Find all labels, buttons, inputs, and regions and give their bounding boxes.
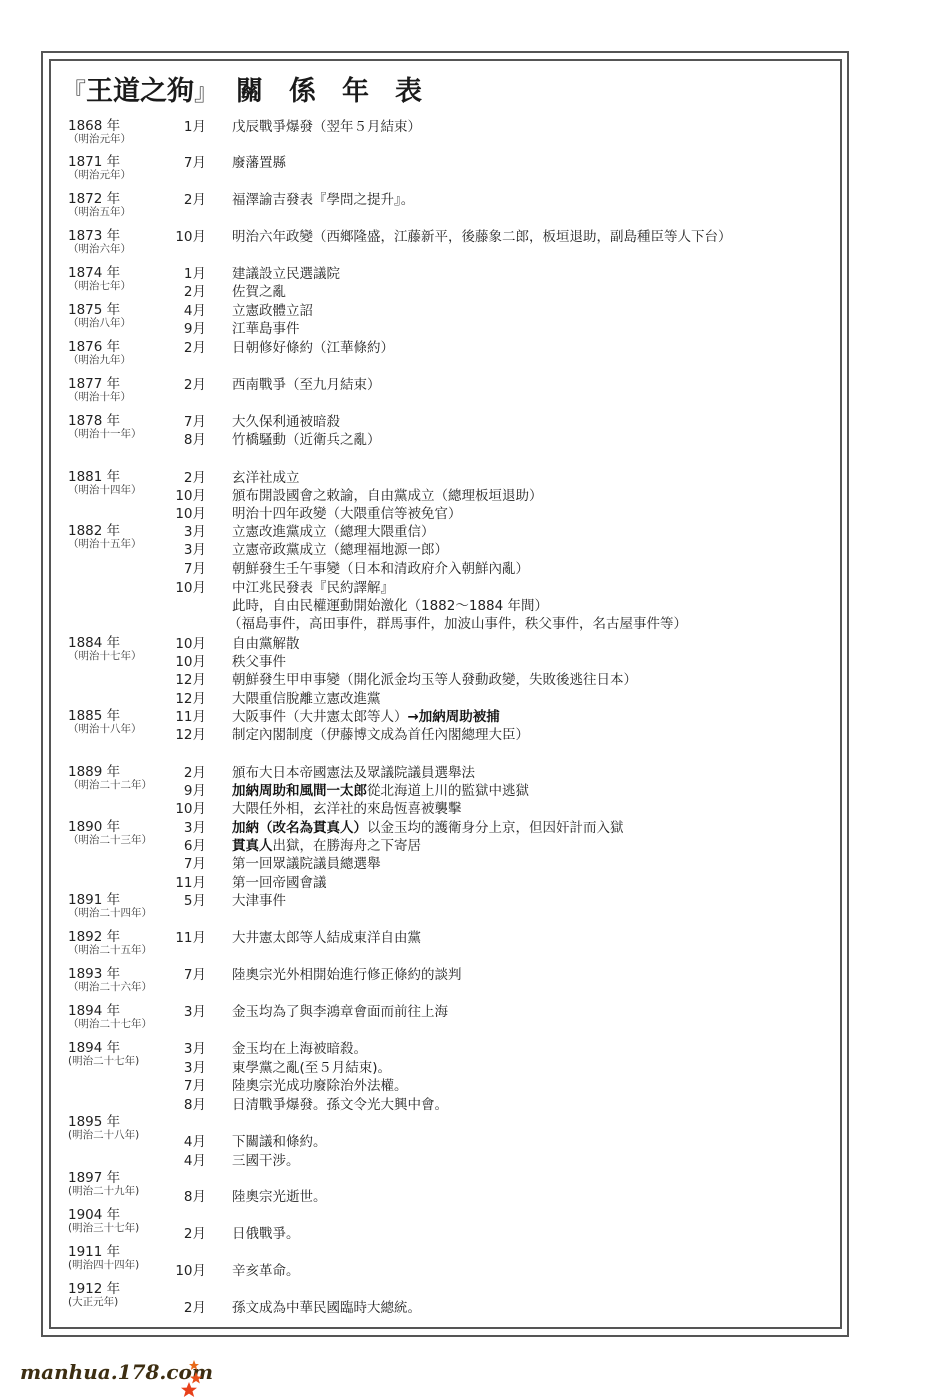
event-month: 7月 xyxy=(146,561,206,577)
event-month: 12月 xyxy=(146,672,206,688)
event-text: 出獄，在勝海舟之下寄居 xyxy=(273,838,422,854)
event-text: 大隈任外相，玄洋社的來島恆喜被襲擊 xyxy=(232,801,462,817)
event-text: 大久保利通被暗殺 xyxy=(232,414,340,430)
year-label: 1894 年 xyxy=(68,1041,120,1056)
year-label: 1873 年 xyxy=(68,229,120,244)
event-month: 10月 xyxy=(146,654,206,670)
year-label: 1911 年 xyxy=(68,1245,120,1260)
event-text: 日清戰爭爆發。孫文令光大興中會。 xyxy=(232,1097,448,1113)
event-description: 玄洋社成立 xyxy=(232,470,300,486)
event-description: 加納周助和風間一太郎從北海道上川的監獄中逃獄 xyxy=(232,783,529,799)
event-text: 大阪事件（大井憲太郎等人） xyxy=(232,709,408,725)
event-description: 秩父事件 xyxy=(232,654,286,670)
title-work-name: 王道之狗 xyxy=(86,76,194,107)
event-description: 戊辰戰爭爆發（翌年５月結束） xyxy=(232,119,421,135)
year-label: 1871 年 xyxy=(68,155,120,170)
era-label: （明治元年） xyxy=(68,169,131,181)
event-description: 大隈重信脫離立憲改進黨 xyxy=(232,691,381,707)
event-description: 廢藩置縣 xyxy=(232,155,286,171)
event-text: 自由黨解散 xyxy=(232,636,300,652)
event-description: 建議設立民選議院 xyxy=(232,266,340,282)
event-description: 大阪事件（大井憲太郎等人）→加納周助被捕 xyxy=(232,709,500,725)
event-month: 5月 xyxy=(146,893,206,909)
event-description: 大久保利通被暗殺 xyxy=(232,414,340,430)
event-text: 第一回帝國會議 xyxy=(232,875,327,891)
event-description: 立憲帝政黨成立（總理福地源一郎） xyxy=(232,542,448,558)
era-label: （明治十八年） xyxy=(68,723,142,735)
era-label: （明治五年） xyxy=(68,206,131,218)
event-text: 東學黨之亂(至５月結束)。 xyxy=(232,1060,391,1076)
event-text: 三國干涉。 xyxy=(232,1153,300,1169)
event-description: 日清戰爭爆發。孫文令光大興中會。 xyxy=(232,1097,448,1113)
year-label: 1912 年 xyxy=(68,1282,120,1297)
event-text: 陸奧宗光外相開始進行修正條約的談判 xyxy=(232,967,462,983)
event-text: 頒布大日本帝國憲法及眾議院議員選舉法 xyxy=(232,765,475,781)
event-description: 第一回眾議院議員總選舉 xyxy=(232,856,381,872)
event-month: 1月 xyxy=(146,266,206,282)
year-label: 1877 年 xyxy=(68,377,120,392)
event-month: 7月 xyxy=(146,414,206,430)
event-description: 明治十四年政變（大隈重信等被免官） xyxy=(232,506,462,522)
event-month: 10月 xyxy=(146,580,206,596)
year-label: 1875 年 xyxy=(68,303,120,318)
year-label: 1897 年 xyxy=(68,1171,120,1186)
event-month: 2月 xyxy=(146,765,206,781)
event-highlight: 加納周助和風間一太郎 xyxy=(232,783,367,799)
event-month: 3月 xyxy=(146,524,206,540)
event-text: 制定內閣制度（伊藤博文成為首任內閣總理大臣） xyxy=(232,727,529,743)
event-month: 7月 xyxy=(146,1078,206,1094)
event-month: 4月 xyxy=(146,303,206,319)
event-description: 立憲政體立詔 xyxy=(232,303,313,319)
event-description: 制定內閣制度（伊藤博文成為首任內閣總理大臣） xyxy=(232,727,529,743)
event-text: 明治六年政變（西鄉隆盛，江藤新平，後藤象二郎，板垣退助，副島種臣等人下台） xyxy=(232,229,732,245)
era-label: （明治七年） xyxy=(68,280,131,292)
event-text: 陸奧宗光成功廢除治外法權。 xyxy=(232,1078,408,1094)
event-month: 9月 xyxy=(146,783,206,799)
event-month: 3月 xyxy=(146,1041,206,1057)
event-month: 1月 xyxy=(146,119,206,135)
era-label: （明治二十四年） xyxy=(68,907,152,919)
year-label: 1884 年 xyxy=(68,636,120,651)
title-quote-open: 『 xyxy=(62,78,86,106)
year-label: 1895 年 xyxy=(68,1115,120,1130)
event-description: 大津事件 xyxy=(232,893,286,909)
event-month: 2月 xyxy=(146,1226,206,1242)
event-month: 6月 xyxy=(146,838,206,854)
event-description: 陸奧宗光成功廢除治外法權。 xyxy=(232,1078,408,1094)
event-description: 貫真人出獄，在勝海舟之下寄居 xyxy=(232,838,421,854)
event-text: 辛亥革命。 xyxy=(232,1263,300,1279)
year-label: 1892 年 xyxy=(68,930,120,945)
event-highlight: 加納（改名為貫真人） xyxy=(232,820,367,836)
event-text: 大井憲太郎等人結成東洋自由黨 xyxy=(232,930,421,946)
event-text: 頒布開設國會之敕諭，自由黨成立（總理板垣退助） xyxy=(232,488,543,504)
event-month: 10月 xyxy=(146,506,206,522)
event-description: 陸奧宗光逝世。 xyxy=(232,1189,327,1205)
event-text: 朝鮮發生壬午事變（日本和清政府介入朝鮮內亂） xyxy=(232,561,529,577)
event-month: 10月 xyxy=(146,801,206,817)
event-month: 4月 xyxy=(146,1134,206,1150)
year-label: 1893 年 xyxy=(68,967,120,982)
event-month: 10月 xyxy=(146,229,206,245)
event-month: 11月 xyxy=(146,875,206,891)
event-description: 中江兆民發表『民約譯解』 xyxy=(232,580,394,596)
event-description: 明治六年政變（西鄉隆盛，江藤新平，後藤象二郎，板垣退助，副島種臣等人下台） xyxy=(232,229,732,245)
event-text: 立憲改進黨成立（總理大隈重信） xyxy=(232,524,435,540)
era-label: (大正元年) xyxy=(68,1296,118,1308)
event-text: 此時，自由民權運動開始激化（1882～1884 年間） xyxy=(232,598,548,614)
year-label: 1882 年 xyxy=(68,524,120,539)
event-month: 2月 xyxy=(146,377,206,393)
event-text: 西南戰爭（至九月結束） xyxy=(232,377,381,393)
title-quote-close: 』 xyxy=(194,78,218,106)
era-label: (明治二十八年) xyxy=(68,1129,139,1141)
event-month: 11月 xyxy=(146,930,206,946)
era-label: （明治十五年） xyxy=(68,538,142,550)
event-text: 從北海道上川的監獄中逃獄 xyxy=(367,783,529,799)
event-description: 金玉均在上海被暗殺。 xyxy=(232,1041,367,1057)
title-subtitle: 關係年表 xyxy=(236,76,448,107)
event-month: 3月 xyxy=(146,1004,206,1020)
event-description: 日朝修好條約（江華條約） xyxy=(232,340,394,356)
event-text: 建議設立民選議院 xyxy=(232,266,340,282)
event-month: 10月 xyxy=(146,488,206,504)
event-description: 金玉均為了與李鴻章會面而前往上海 xyxy=(232,1004,448,1020)
year-label: 1876 年 xyxy=(68,340,120,355)
event-description: 立憲改進黨成立（總理大隈重信） xyxy=(232,524,435,540)
year-label: 1890 年 xyxy=(68,820,120,835)
event-month: 2月 xyxy=(146,470,206,486)
event-month: 8月 xyxy=(146,432,206,448)
event-month: 2月 xyxy=(146,192,206,208)
era-label: (明治四十四年) xyxy=(68,1259,139,1271)
event-text: 福澤諭吉發表『學問之提升』。 xyxy=(232,192,414,208)
era-label: （明治二十六年） xyxy=(68,981,152,993)
event-description: 陸奧宗光外相開始進行修正條約的談判 xyxy=(232,967,462,983)
event-description: 朝鮮發生壬午事變（日本和清政府介入朝鮮內亂） xyxy=(232,561,529,577)
event-text: 戊辰戰爭爆發（翌年５月結束） xyxy=(232,119,421,135)
year-label: 1889 年 xyxy=(68,765,120,780)
era-label: （明治八年） xyxy=(68,317,131,329)
event-month: 10月 xyxy=(146,636,206,652)
event-text: 玄洋社成立 xyxy=(232,470,300,486)
page-title: 『王道之狗』關係年表 xyxy=(62,74,448,110)
event-month: 12月 xyxy=(146,691,206,707)
event-text: 江華島事件 xyxy=(232,321,300,337)
event-description: 辛亥革命。 xyxy=(232,1263,300,1279)
event-month: 7月 xyxy=(146,856,206,872)
event-text: 日俄戰爭。 xyxy=(232,1226,300,1242)
era-label: （明治十七年） xyxy=(68,650,142,662)
event-text: 竹橋騷動（近衛兵之亂） xyxy=(232,432,381,448)
event-description: 大井憲太郎等人結成東洋自由黨 xyxy=(232,930,421,946)
event-month: 11月 xyxy=(146,709,206,725)
event-description: 福澤諭吉發表『學問之提升』。 xyxy=(232,192,414,208)
year-label: 1868 年 xyxy=(68,119,120,134)
era-label: （明治二十二年） xyxy=(68,779,152,791)
event-text: 下關議和條約。 xyxy=(232,1134,327,1150)
year-label: 1904 年 xyxy=(68,1208,120,1223)
event-description: 江華島事件 xyxy=(232,321,300,337)
event-description: 朝鮮發生甲申事變（開化派金均玉等人發動政變，失敗後逃往日本） xyxy=(232,672,637,688)
era-label: (明治三十七年) xyxy=(68,1222,139,1234)
event-description: 第一回帝國會議 xyxy=(232,875,327,891)
year-label: 1885 年 xyxy=(68,709,120,724)
year-label: 1891 年 xyxy=(68,893,120,908)
event-description: 頒布開設國會之敕諭，自由黨成立（總理板垣退助） xyxy=(232,488,543,504)
event-description: 西南戰爭（至九月結束） xyxy=(232,377,381,393)
event-description: 下關議和條約。 xyxy=(232,1134,327,1150)
event-text: 朝鮮發生甲申事變（開化派金均玉等人發動政變，失敗後逃往日本） xyxy=(232,672,637,688)
event-text: 大隈重信脫離立憲改進黨 xyxy=(232,691,381,707)
event-description: 竹橋騷動（近衛兵之亂） xyxy=(232,432,381,448)
year-label: 1872 年 xyxy=(68,192,120,207)
event-text: 金玉均為了與李鴻章會面而前往上海 xyxy=(232,1004,448,1020)
era-label: （明治二十五年） xyxy=(68,944,152,956)
event-highlight: 貫真人 xyxy=(232,838,273,854)
event-text: 中江兆民發表『民約譯解』 xyxy=(232,580,394,596)
era-label: （明治二十三年） xyxy=(68,834,152,846)
era-label: （明治十四年） xyxy=(68,484,142,496)
event-description: 日俄戰爭。 xyxy=(232,1226,300,1242)
event-description: （福島事件，高田事件，群馬事件，加波山事件，秩父事件，名古屋事件等） xyxy=(228,616,687,632)
year-label: 1878 年 xyxy=(68,414,120,429)
event-month: 8月 xyxy=(146,1097,206,1113)
event-text: 立憲帝政黨成立（總理福地源一郎） xyxy=(232,542,448,558)
event-description: 頒布大日本帝國憲法及眾議院議員選舉法 xyxy=(232,765,475,781)
event-highlight: →加納周助被捕 xyxy=(408,709,500,725)
event-description: 佐賀之亂 xyxy=(232,284,286,300)
event-month: 3月 xyxy=(146,1060,206,1076)
event-month: 12月 xyxy=(146,727,206,743)
stars-icon xyxy=(176,1358,202,1398)
era-label: （明治元年） xyxy=(68,133,131,145)
event-month: 7月 xyxy=(146,155,206,171)
year-label: 1894 年 xyxy=(68,1004,120,1019)
event-description: 加納（改名為貫真人）以金玉均的護衛身分上京，但因奸計而入獄 xyxy=(232,820,624,836)
era-label: （明治十年） xyxy=(68,391,131,403)
event-description: 孫文成為中華民國臨時大總統。 xyxy=(232,1300,421,1316)
event-text: 第一回眾議院議員總選舉 xyxy=(232,856,381,872)
event-month: 9月 xyxy=(146,321,206,337)
event-text: 金玉均在上海被暗殺。 xyxy=(232,1041,367,1057)
era-label: (明治二十九年) xyxy=(68,1185,139,1197)
event-text: 日朝修好條約（江華條約） xyxy=(232,340,394,356)
event-description: 三國干涉。 xyxy=(232,1153,300,1169)
event-month: 7月 xyxy=(146,967,206,983)
year-label: 1881 年 xyxy=(68,470,120,485)
era-label: （明治二十七年） xyxy=(68,1018,152,1030)
event-month: 2月 xyxy=(146,1300,206,1316)
event-description: 東學黨之亂(至５月結束)。 xyxy=(232,1060,391,1076)
event-text: 大津事件 xyxy=(232,893,286,909)
event-description: 此時，自由民權運動開始激化（1882～1884 年間） xyxy=(232,598,548,614)
event-description: 自由黨解散 xyxy=(232,636,300,652)
event-month: 10月 xyxy=(146,1263,206,1279)
event-text: 佐賀之亂 xyxy=(232,284,286,300)
event-month: 8月 xyxy=(146,1189,206,1205)
event-month: 4月 xyxy=(146,1153,206,1169)
event-month: 3月 xyxy=(146,542,206,558)
event-month: 2月 xyxy=(146,340,206,356)
event-text: 秩父事件 xyxy=(232,654,286,670)
event-text: 廢藩置縣 xyxy=(232,155,286,171)
event-month: 2月 xyxy=(146,284,206,300)
event-month: 3月 xyxy=(146,820,206,836)
event-text: （福島事件，高田事件，群馬事件，加波山事件，秩父事件，名古屋事件等） xyxy=(228,616,687,632)
era-label: （明治十一年） xyxy=(68,428,142,440)
event-description: 大隈任外相，玄洋社的來島恆喜被襲擊 xyxy=(232,801,462,817)
era-label: （明治九年） xyxy=(68,354,131,366)
event-text: 立憲政體立詔 xyxy=(232,303,313,319)
event-text: 陸奧宗光逝世。 xyxy=(232,1189,327,1205)
event-text: 孫文成為中華民國臨時大總統。 xyxy=(232,1300,421,1316)
year-label: 1874 年 xyxy=(68,266,120,281)
event-text: 以金玉均的護衛身分上京，但因奸計而入獄 xyxy=(367,820,624,836)
event-text: 明治十四年政變（大隈重信等被免官） xyxy=(232,506,462,522)
era-label: (明治二十七年) xyxy=(68,1055,139,1067)
era-label: （明治六年） xyxy=(68,243,131,255)
